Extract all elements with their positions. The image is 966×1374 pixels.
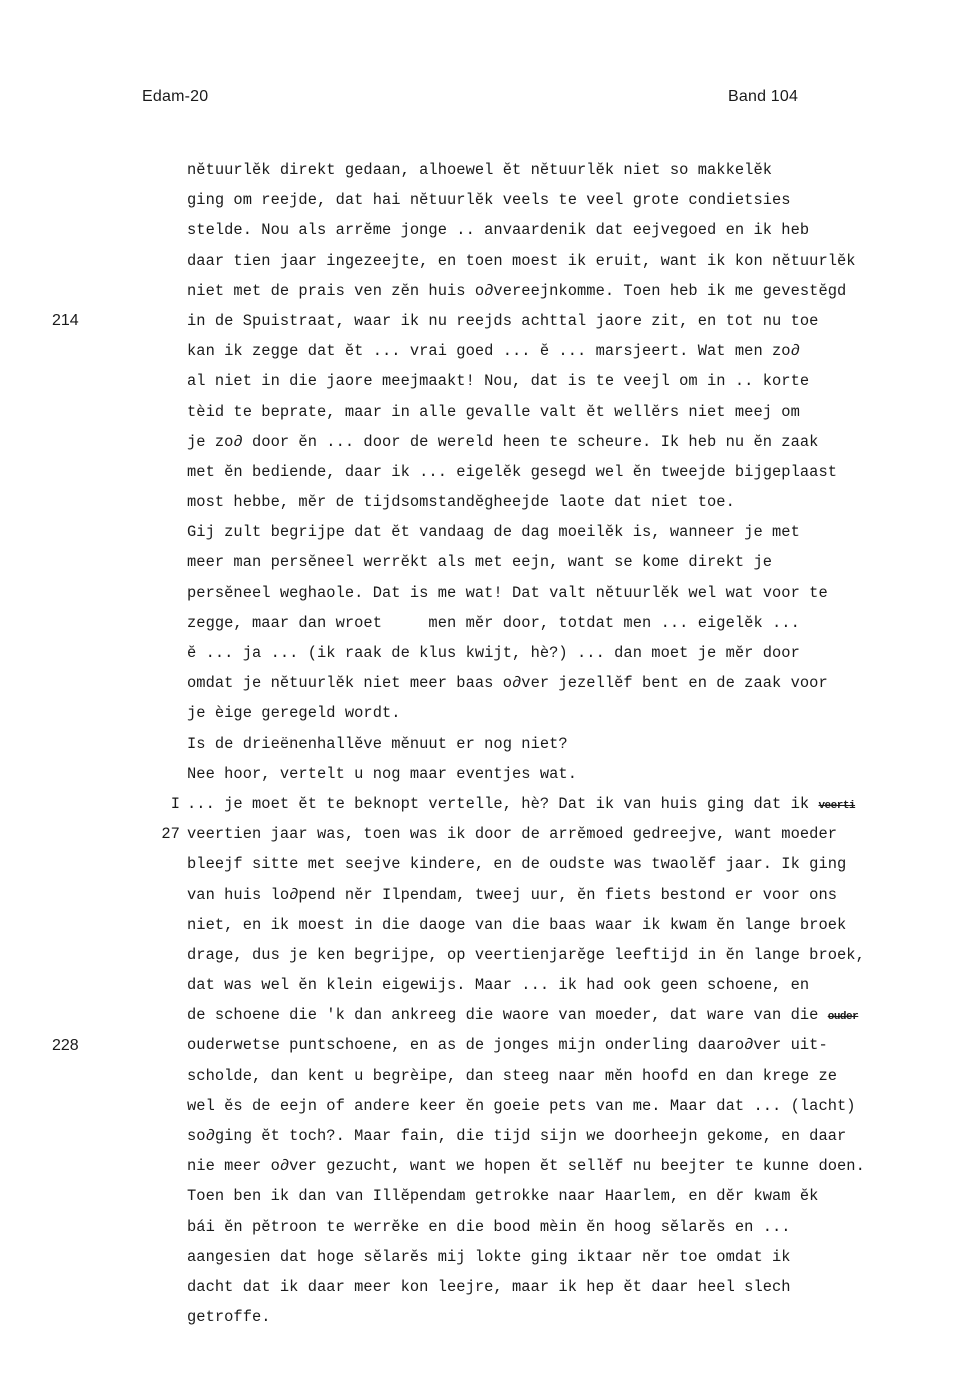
transcript-line: ging om reejde, dat hai nĕtuurlĕk veels … <box>187 185 966 215</box>
struck-out-word: veerti <box>818 800 855 812</box>
line-text: Is de drieënenhallĕve mĕnuut er nog niet… <box>187 735 568 753</box>
transcript-line: meer man persĕneel werrĕkt als met eejn,… <box>187 547 966 577</box>
line-text: so∂ging ĕt toch?. Maar fain, die tijd si… <box>187 1127 846 1145</box>
transcript-line: je èige geregeld wordt. <box>187 698 966 728</box>
speaker-mark: I <box>171 795 180 813</box>
transcript-line: dacht dat ik daar meer kon leejre, maar … <box>187 1272 966 1302</box>
transcript-line: met ĕn bediende, daar ik ... eigelĕk ges… <box>187 457 966 487</box>
transcript-line: ĕ ... ja ... (ik raak de klus kwijt, hè?… <box>187 638 966 668</box>
transcript-line: drage, dus je ken begrijpe, op veertienj… <box>187 940 966 970</box>
transcript-line: ... je moet ĕt te beknopt vertelle, hè? … <box>187 789 966 819</box>
transcript-line: in de Spuistraat, waar ik nu reejds acht… <box>187 306 966 336</box>
margin-counter: 228 <box>52 1037 79 1055</box>
line-text: dacht dat ik daar meer kon leejre, maar … <box>187 1278 791 1296</box>
line-text: Gij zult begrijpe dat ĕt vandaag de dag … <box>187 523 800 541</box>
transcript-line: veertien jaar was, toen was ik door de a… <box>187 819 966 849</box>
line-text: stelde. Nou als arrĕme jonge .. anvaarde… <box>187 221 809 239</box>
line-text: daar tien jaar ingezeejte, en toen moest… <box>187 252 856 270</box>
transcript-line: aangesien dat hoge sĕlarĕs mij lokte gin… <box>187 1242 966 1272</box>
transcript-line: van huis lo∂pend nĕr Ilpendam, tweej uur… <box>187 880 966 910</box>
transcript-line: wel ĕs de eejn of andere keer ĕn goeie p… <box>187 1091 966 1121</box>
transcript-line: Is de drieënenhallĕve mĕnuut er nog niet… <box>187 729 966 759</box>
transcript-body: nĕtuurlĕk direkt gedaan, alhoewel ĕt nĕt… <box>187 155 966 1332</box>
transcript-line: most hebbe, mĕr de tijdsomstandĕgheejde … <box>187 487 966 517</box>
transcript-line: omdat je nĕtuurlĕk niet meer baas o∂ver … <box>187 668 966 698</box>
line-text: omdat je nĕtuurlĕk niet meer baas o∂ver … <box>187 674 828 692</box>
line-text: Toen ben ik dan van Illĕpendam getrokke … <box>187 1187 818 1205</box>
transcript-line: de schoene die 'k dan ankreeg die waore … <box>187 1000 966 1030</box>
transcript-line: Nee hoor, vertelt u nog maar eventjes wa… <box>187 759 966 789</box>
transcript-line: kan ik zegge dat ĕt ... vrai goed ... ĕ … <box>187 336 966 366</box>
header-left-label: Edam-20 <box>142 88 208 106</box>
line-text: Nee hoor, vertelt u nog maar eventjes wa… <box>187 765 577 783</box>
line-text: je èige geregeld wordt. <box>187 704 401 722</box>
line-text: je zo∂ door ĕn ... door de wereld heen t… <box>187 433 818 451</box>
line-text: niet, en ik moest in die daoge van die b… <box>187 916 846 934</box>
line-text: scholde, dan kent u begrèipe, dan steeg … <box>187 1067 837 1085</box>
line-text: al niet in die jaore meejmaakt! Nou, dat… <box>187 372 809 390</box>
line-text: bleejf sitte met seejve kindere, en de o… <box>187 855 846 873</box>
transcript-line: niet, en ik moest in die daoge van die b… <box>187 910 966 940</box>
line-text: bái ĕn pĕtroon te werrĕke en die bood mè… <box>187 1218 791 1236</box>
transcript-line: getroffe. <box>187 1302 966 1332</box>
line-text: ... je moet ĕt te beknopt vertelle, hè? … <box>187 795 818 813</box>
transcript-line: nie meer o∂ver gezucht, want we hopen ĕt… <box>187 1151 966 1181</box>
line-text: ging om reejde, dat hai nĕtuurlĕk veels … <box>187 191 791 209</box>
transcript-line: bleejf sitte met seejve kindere, en de o… <box>187 849 966 879</box>
line-text: dat was wel ĕn klein eigewijs. Maar ... … <box>187 976 809 994</box>
document-page: Edam-20 Band 104 214228 nĕtuurlĕk direkt… <box>0 0 966 1374</box>
line-text: de schoene die 'k dan ankreeg die waore … <box>187 1006 828 1024</box>
transcript-line: so∂ging ĕt toch?. Maar fain, die tijd si… <box>187 1121 966 1151</box>
line-text: met ĕn bediende, daar ik ... eigelĕk ges… <box>187 463 837 481</box>
transcript-line: dat was wel ĕn klein eigewijs. Maar ... … <box>187 970 966 1000</box>
transcript-line: zegge, maar dan wroet men mĕr door, totd… <box>187 608 966 638</box>
line-text: most hebbe, mĕr de tijdsomstandĕgheejde … <box>187 493 735 511</box>
transcript-line: stelde. Nou als arrĕme jonge .. anvaarde… <box>187 215 966 245</box>
transcript-line: Toen ben ik dan van Illĕpendam getrokke … <box>187 1181 966 1211</box>
line-text: ĕ ... ja ... (ik raak de klus kwijt, hè?… <box>187 644 800 662</box>
transcript-line: scholde, dan kent u begrèipe, dan steeg … <box>187 1061 966 1091</box>
transcript-line: nĕtuurlĕk direkt gedaan, alhoewel ĕt nĕt… <box>187 155 966 185</box>
transcript-line: je zo∂ door ĕn ... door de wereld heen t… <box>187 427 966 457</box>
transcript-line: niet met de prais ven zĕn huis o∂vereejn… <box>187 276 966 306</box>
line-text: nĕtuurlĕk direkt gedaan, alhoewel ĕt nĕt… <box>187 161 772 179</box>
header-right-label: Band 104 <box>728 88 798 106</box>
line-text: aangesien dat hoge sĕlarĕs mij lokte gin… <box>187 1248 791 1266</box>
line-text: niet met de prais ven zĕn huis o∂vereejn… <box>187 282 846 300</box>
line-text: van huis lo∂pend nĕr Ilpendam, tweej uur… <box>187 886 837 904</box>
transcript-line: persĕneel weghaole. Dat is me wat! Dat v… <box>187 578 966 608</box>
transcript-line: tèid te beprate, maar in alle gevalle va… <box>187 397 966 427</box>
speaker-mark: 27 <box>161 825 179 843</box>
transcript-line: daar tien jaar ingezeejte, en toen moest… <box>187 246 966 276</box>
line-text: persĕneel weghaole. Dat is me wat! Dat v… <box>187 584 828 602</box>
line-text: nie meer o∂ver gezucht, want we hopen ĕt… <box>187 1157 865 1175</box>
margin-counter: 214 <box>52 312 79 330</box>
line-text: veertien jaar was, toen was ik door de a… <box>187 825 837 843</box>
line-text: in de Spuistraat, waar ik nu reejds acht… <box>187 312 818 330</box>
transcript-line: bái ĕn pĕtroon te werrĕke en die bood mè… <box>187 1212 966 1242</box>
line-text: ouderwetse puntschoene, en as de jonges … <box>187 1036 828 1054</box>
transcript-line: Gij zult begrijpe dat ĕt vandaag de dag … <box>187 517 966 547</box>
transcript-line: ouderwetse puntschoene, en as de jonges … <box>187 1030 966 1060</box>
struck-out-word: ouder <box>828 1011 859 1023</box>
line-text: zegge, maar dan wroet men mĕr door, totd… <box>187 614 800 632</box>
line-text: tèid te beprate, maar in alle gevalle va… <box>187 403 800 421</box>
line-text: wel ĕs de eejn of andere keer ĕn goeie p… <box>187 1097 856 1115</box>
line-text: meer man persĕneel werrĕkt als met eejn,… <box>187 553 772 571</box>
line-text: getroffe. <box>187 1308 271 1326</box>
transcript-line: al niet in die jaore meejmaakt! Nou, dat… <box>187 366 966 396</box>
line-text: kan ik zegge dat ĕt ... vrai goed ... ĕ … <box>187 342 800 360</box>
line-text: drage, dus je ken begrijpe, op veertienj… <box>187 946 865 964</box>
